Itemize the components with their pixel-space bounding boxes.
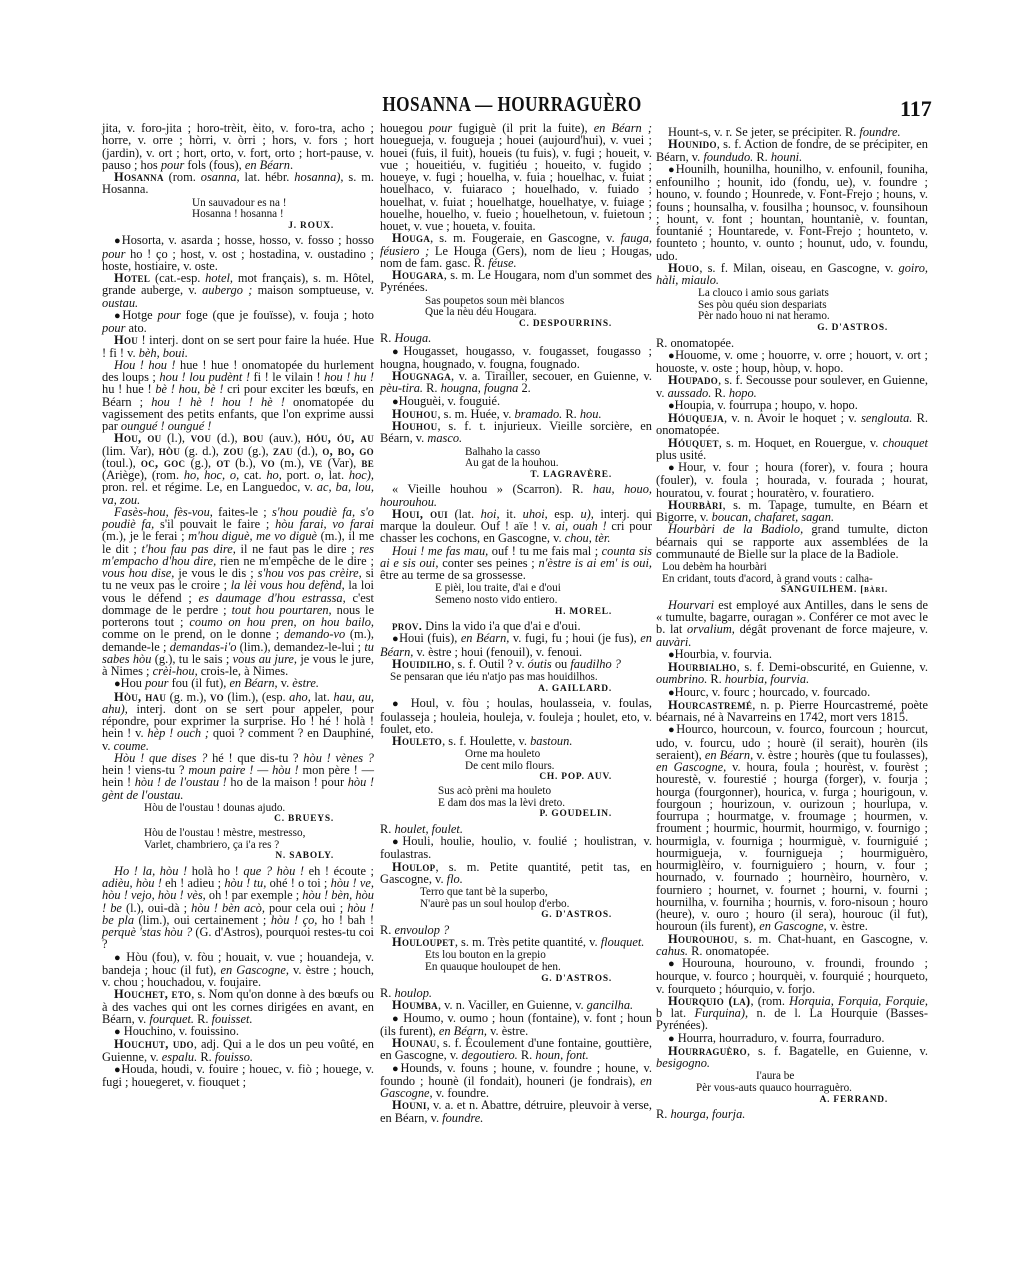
entry-text: Hotge <box>122 308 157 322</box>
italic-text: perquè 'stas hòu ? <box>102 925 192 939</box>
dictionary-entry: Hòu ! que dises ? hé ! que dis-tu ? hòu … <box>102 752 374 801</box>
dictionary-entry: ● Hourra, hourraduro, v. fourra, fourrad… <box>656 1032 928 1045</box>
quotation-author: G. D'ASTROS. <box>380 974 652 986</box>
dictionary-entry: Houchet, eto, s. Nom qu'on donne à des b… <box>102 988 374 1025</box>
entry-text: Hourbia, v. fourvia. <box>675 647 772 661</box>
running-title: HOSANNA — HOURRAGUÈRO <box>92 92 932 117</box>
bullet-icon: ● <box>392 698 403 710</box>
verse-quotation: Orne ma houletoDe cent milo flours.CH. P… <box>380 749 652 784</box>
dictionary-entry: ● Houl, v. fòu ; houlas, houlasseia, v. … <box>380 697 652 735</box>
verse-line: Pèr nado houo ni nat heramo. <box>656 311 928 323</box>
entry-text: Hourc, v. fourc ; hourcado, v. fourcado. <box>675 685 871 699</box>
bullet-icon: ● <box>392 633 399 645</box>
dictionary-entry: Hóuqueja, v. n. Avoir le hoquet ; v. sen… <box>656 412 928 437</box>
italic-text: chouquet <box>883 436 928 450</box>
entry-text: Hounds, v. founs ; houne, v. foundre ; h… <box>380 1061 652 1088</box>
entry-text: , s. f. Milan, oiseau, en Gascogne, v. <box>699 261 898 275</box>
italic-text: masco. <box>427 431 462 445</box>
dictionary-entry: Hou ! interj. dont on se sert pour faire… <box>102 334 374 359</box>
headword: Houidilho <box>392 657 451 671</box>
dictionary-entry: « Vieille houhou » (Scarron). R. hau, ho… <box>380 483 652 508</box>
dictionary-entry: ●Houguèi, v. fouguié. <box>380 395 652 408</box>
entry-text: Houpia, v. fourrupa ; houpo, v. hopo. <box>675 398 858 412</box>
dictionary-entry: Hourbàri de la Badiolo, grand tumulte, d… <box>656 523 928 560</box>
entry-text: fou (il fut), <box>169 676 230 690</box>
quotation-author: G. D'ASTROS. <box>656 323 928 335</box>
dictionary-page: HOSANNA — HOURRAGUÈRO 117 jita, v. foro-… <box>0 0 1024 1280</box>
italic-text: hosanna), <box>294 170 343 184</box>
italic-text: flouquet. <box>601 935 645 949</box>
verse-quotation: E pièi, lou traite, d'ai e d'ouiSemeno n… <box>380 583 652 618</box>
entry-text: Houchino, v. fouissino. <box>121 1024 239 1038</box>
dictionary-entry: R. hourga, fourja. <box>656 1108 928 1120</box>
bullet-icon: ● <box>114 678 121 690</box>
dictionary-entry: Hóuquet, s. m. Hoquet, en Rouergue, v. c… <box>656 437 928 462</box>
dictionary-entry: ●Houi (fuis), en Béarn, v. fugi, fu ; ho… <box>380 632 652 658</box>
italic-text: orvalium, <box>687 622 735 636</box>
dictionary-entry: Houlop, s. m. Petite quantité, petit tas… <box>380 861 652 886</box>
italic-text: en Béarn, <box>461 631 510 645</box>
dictionary-entry: Hourraguèro, s. f. Bagatelle, en Guienne… <box>656 1045 928 1070</box>
entry-text: Hou <box>121 676 145 690</box>
entry-text: Hourra, hourraduro, v. fourra, fourradur… <box>675 1031 885 1045</box>
entry-text: v. fugi, fu ; houi (je fus), <box>509 631 640 645</box>
entry-text: Hougasset, hougasso, v. fougasset, fouga… <box>380 344 652 371</box>
column-middle: houegou pour fugiguè (il prit la fuite),… <box>380 122 652 1124</box>
dictionary-entry: Ho ! la, hòu ! holà ho ! que ? hòu ! eh … <box>102 865 374 951</box>
bullet-icon: ● <box>392 1063 401 1075</box>
verse-quotation: La clouco i amio sous gariatsSes pòu qué… <box>656 288 928 334</box>
entry-text: , s. m. Hoquet, en Rouergue, v. <box>719 436 883 450</box>
dictionary-entry: ●Hourouna, hourouno, v. froundi, froundo… <box>656 957 928 995</box>
bullet-icon: ● <box>392 346 403 358</box>
dictionary-entry: ●Houli, houlie, houlio, v. foulié ; houl… <box>380 835 652 861</box>
dictionary-entry: houegou pour fugiguè (il prit la fuite),… <box>380 122 652 232</box>
entry-text: lat. hébr. <box>240 170 295 184</box>
entry-text: Hour, v. four ; houra (forer), v. foura … <box>656 460 928 500</box>
dictionary-entry: Hounau, s. f. Écoulement d'une fontaine,… <box>380 1037 652 1062</box>
dictionary-entry: Houidilho, s. f. Outil ? v. óutis ou fau… <box>380 658 652 670</box>
entry-text: 2. <box>518 381 530 395</box>
verse-quotation: Balhaho la cassoAu gat de la houhou.T. L… <box>380 447 652 482</box>
entry-text: , v. n. Avoir le hoquet ; v. <box>724 411 861 425</box>
verse-line: Pèr vous-auts quauco hourraguèro. <box>656 1083 928 1095</box>
dictionary-entry: ●Hour, v. four ; houra (forer), v. foura… <box>656 461 928 499</box>
bullet-icon: ● <box>392 836 402 848</box>
dictionary-entry: Houpado, s. f. Secousse pour soulever, e… <box>656 374 928 399</box>
italic-text: hèp ! ouch ; <box>147 726 209 740</box>
italic-text: besigogno. <box>656 1056 710 1070</box>
entry-text: Hourouna, hourouno, v. froundi, froundo … <box>656 956 928 996</box>
italic-text: aubergo ; <box>202 283 252 297</box>
verse-quotation: Un sauvadour es na !Hosanna ! hosanna !J… <box>102 198 374 233</box>
dictionary-entry: Hourvari est employé aux Antilles, dans … <box>656 599 928 648</box>
verse-line: Se pensaran que iéu n'atjo pas mas houid… <box>380 672 652 684</box>
dictionary-entry: Houhou, s. f. t. injurieux. Vieille sorc… <box>380 420 652 445</box>
verse-line: Que la nèu déu Hougara. <box>380 307 652 319</box>
verse-line: Hòu de l'oustau ! dounas ajudo. <box>102 803 374 815</box>
dictionary-entry: jita, v. foro-jita ; horo-trèit, èito, v… <box>102 122 374 171</box>
dictionary-entry: ●Hourco, hourcoun, v. fourco, fourcoun ;… <box>656 723 928 932</box>
dictionary-entry: ● Hòu (fou), v. fòu ; houait, v. vue ; h… <box>102 951 374 989</box>
entry-text: houegueja, v. fougueja ; houei (aujourd'… <box>380 133 652 233</box>
quotation-author: P. GOUDELIN. <box>380 809 652 821</box>
italic-text: osanna, <box>201 170 240 184</box>
italic-text: pour <box>145 676 168 690</box>
verse-line: De cent milo flours. <box>380 761 652 773</box>
dictionary-entry: ●Houome, v. ome ; houorre, v. orre ; hou… <box>656 349 928 375</box>
bullet-icon: ● <box>114 1026 121 1038</box>
verse-line: Sus acò prèni ma houleto <box>380 786 652 798</box>
entry-text: Hounilh, hounilha, hounilho, v. enfounil… <box>656 162 928 263</box>
bullet-icon: ● <box>668 649 675 661</box>
dictionary-entry: Hourouhou, s. m. Chat-huant, en Gascogne… <box>656 933 928 958</box>
dictionary-entry: Hourbialho, s. f. Demi-obscurité, en Gui… <box>656 661 928 686</box>
italic-text: faudilho ? <box>570 657 621 671</box>
entry-text: , s. f. Bagatelle, en Guienne, v. <box>747 1044 928 1058</box>
dictionary-entry: Hotel (cat.-esp. hotel, mot français), s… <box>102 272 374 309</box>
dictionary-entry: Hougara, s. m. Le Hougara, nom d'un somm… <box>380 269 652 294</box>
dictionary-entry: ● Houchino, v. fouissino. <box>102 1025 374 1038</box>
entry-text: v. houra, foula ; hourèst, v. fourèst ; … <box>656 760 928 933</box>
dictionary-entry: ●Hougasset, hougasso, v. fougasset, foug… <box>380 345 652 371</box>
italic-text: senglouta. <box>861 411 912 425</box>
entry-text: dégât provenant de force majeure, v. <box>735 622 928 636</box>
dictionary-entry: Hounido, s. f. Action de fondre, de se p… <box>656 138 928 163</box>
verse-quotation: Hòu de l'oustau ! dounas ajudo.C. BRUEYS… <box>102 803 374 826</box>
page-number: 117 <box>900 96 932 122</box>
dictionary-entry: Hou ! hou ! hue ! hue ! onomatopée du hu… <box>102 359 374 433</box>
verse-quotation: Sus acò prèni ma houletoE dam dos mas la… <box>380 786 652 821</box>
italic-text: en Béarn, <box>229 676 277 690</box>
bullet-icon: ● <box>668 1033 675 1045</box>
dictionary-entry: Houni, v. a. et n. Abattre, détruire, pl… <box>380 1099 652 1124</box>
entry-text: v. <box>278 676 293 690</box>
verse-line: Lou debèm ha hourbàri <box>656 562 928 574</box>
italic-text: bastoun. <box>530 734 572 748</box>
verse-quotation: Hòu de l'oustau ! mèstre, mestresso,Varl… <box>102 828 374 863</box>
entry-text: Houda, houdi, v. fouire ; houec, v. fiò … <box>102 1062 374 1089</box>
headword: Houleto <box>392 734 442 748</box>
column-left: jita, v. foro-jita ; horo-trèit, èito, v… <box>102 122 374 1088</box>
verse-line: Hosanna ! hosanna ! <box>102 209 374 221</box>
quotation-author: T. LAGRAVÈRE. <box>380 470 652 482</box>
entry-text: , s. f. Houlette, v. <box>442 734 530 748</box>
italic-text: n'èstre is ai em' is oui, <box>539 556 653 570</box>
column-right: Hount-s, v. r. Se jeter, se précipiter. … <box>656 126 928 1120</box>
verse-quotation: Ets lou bouton en la grepioEn quauque ho… <box>380 950 652 985</box>
entry-text: Houome, v. ome ; houorre, v. orre ; houo… <box>656 348 928 375</box>
verse-line: En cridant, touts d'acord, à grand vouts… <box>656 574 928 586</box>
entry-text: , s. m. Très petite quantité, v. <box>455 935 601 949</box>
dictionary-entry: Hou, ou (l.), vou (d.), bou (auv.), hóu,… <box>102 432 374 506</box>
verse-line: En quauque houloupet de hen. <box>380 962 652 974</box>
dictionary-entry: Hourcastremé, n. p. Pierre Hourcastremé,… <box>656 699 928 724</box>
dictionary-entry: ●Hourbia, v. fourvia. <box>656 648 928 661</box>
entry-text: maison somptueuse, v. <box>252 283 374 297</box>
verse-quotation: I'aura bePèr vous-auts quauco hourraguèr… <box>656 1071 928 1106</box>
dictionary-entry: ●Hosorta, v. asarda ; hosse, hosso, v. f… <box>102 234 374 272</box>
dictionary-entry: ●Hounilh, hounilha, hounilho, v. enfouni… <box>656 163 928 262</box>
dictionary-entry: Houo, s. f. Milan, oiseau, en Gascogne, … <box>656 262 928 287</box>
verse-line: Hòu de l'oustau ! mèstre, mestresso, <box>102 828 374 840</box>
dictionary-entry: Houga, s. m. Fougeraie, en Gascogne, v. … <box>380 232 652 269</box>
quotation-author: SANGUILHEM. [bàri. <box>656 585 928 597</box>
verse-line: Au gat de la houhou. <box>380 458 652 470</box>
dictionary-entry: ●Hotge pour foge (que je fouïsse), v. fo… <box>102 309 374 335</box>
italic-text: óutis <box>528 657 552 671</box>
dictionary-entry: Houloupet, s. m. Très petite quantité, v… <box>380 936 652 948</box>
italic-text: pour <box>157 308 180 322</box>
entry-text: R. <box>656 1107 670 1121</box>
entry-text: être au terme de sa grossesse. <box>380 568 526 582</box>
dictionary-entry: ●Hou pour fou (il fut), en Béarn, v. èst… <box>102 677 374 690</box>
dictionary-entry: ●Hounds, v. founs ; houne, v. foundre ; … <box>380 1062 652 1100</box>
headword: Houloupet <box>392 935 455 949</box>
dictionary-entry: Houchut, udo, adj. Qui a le dos un peu v… <box>102 1038 374 1063</box>
dictionary-entry: ●Houda, houdi, v. fouire ; houec, v. fiò… <box>102 1063 374 1089</box>
verse-line: N'aurè pas un soul houlop d'erbo. <box>380 899 652 911</box>
quotation-author: CH. POP. AUV. <box>380 772 652 784</box>
quotation-author: A. FERRAND. <box>656 1095 928 1107</box>
verse-line: E dam dos mas la lèvi dreto. <box>380 798 652 810</box>
verse-line: Terro que tant bè la superbo, <box>380 887 652 899</box>
entry-text: Houli, houlie, houlio, v. foulié ; houli… <box>380 834 652 861</box>
dictionary-entry: Houleto, s. f. Houlette, v. bastoun. <box>380 735 652 747</box>
dictionary-entry: Hougnaga, v. a. Tirailler, secouer, en G… <box>380 370 652 395</box>
bullet-icon: ● <box>668 164 676 176</box>
dictionary-entry: ● Houmo, v. oumo ; houn (fontaine), v. f… <box>380 1012 652 1038</box>
entry-text: R. <box>380 331 394 345</box>
entry-text: Houl, v. fòu ; houlas, houlasseia, v. fo… <box>380 696 652 736</box>
italic-text: hourga, fourja. <box>670 1107 745 1121</box>
dictionary-entry: Hourquio (la), (rom. Horquia, Forquia, F… <box>656 995 928 1032</box>
bullet-icon: ● <box>668 687 675 699</box>
entry-text: Hosorta, v. asarda ; hosse, hosso, v. fo… <box>122 233 374 247</box>
dictionary-entry: ●Houpia, v. fourrupa ; houpo, v. hopo. <box>656 399 928 412</box>
quotation-author: C. DESPOURRINS. <box>380 319 652 331</box>
entry-text: Houi (fuis), <box>399 631 461 645</box>
italic-text: flo. <box>447 872 463 886</box>
dictionary-entry: Hourbàri, s. m. Tapage, tumulte, en Béar… <box>656 499 928 524</box>
quotation-author: G. D'ASTROS. <box>380 910 652 922</box>
bullet-icon: ● <box>392 396 399 408</box>
dictionary-entry: Houi ! me fas mau, ouf ! tu me fais mal … <box>380 545 652 582</box>
italic-text: èstre. <box>292 676 319 690</box>
italic-text: foundre. <box>442 1111 483 1125</box>
entry-text: foge (que je fouïsse), v. fouja ; hoto <box>181 308 374 322</box>
verse-quotation: Terro que tant bè la superbo,N'aurè pas … <box>380 887 652 922</box>
entry-text: R. <box>380 822 394 836</box>
bullet-icon: ● <box>668 958 682 970</box>
bullet-icon: ● <box>114 235 122 247</box>
entry-text: ou <box>552 657 571 671</box>
dictionary-entry: Hosanna (rom. osanna, lat. hébr. hosanna… <box>102 171 374 196</box>
quotation-author: H. MOREL. <box>380 607 652 619</box>
verse-quotation: Lou debèm ha hourbàriEn cridant, touts d… <box>656 562 928 597</box>
quotation-author: A. GAILLARD. <box>380 684 652 696</box>
quotation-author: C. BRUEYS. <box>102 814 374 826</box>
verse-quotation: Sas poupetos soun mèi blancosQue la nèu … <box>380 296 652 331</box>
bullet-icon: ● <box>114 952 122 964</box>
quotation-author: N. SABOLY. <box>102 851 374 863</box>
quotation-author: J. ROUX. <box>102 221 374 233</box>
verse-line: Semeno nosto vido entiero. <box>380 595 652 607</box>
dictionary-entry: Hòu, hau (g. m.), vo (lim.), (esp. aho, … <box>102 691 374 752</box>
entry-text: ho ! ço ; host, v. ost ; hostadina, v. o… <box>102 247 374 273</box>
bullet-icon: ● <box>668 462 678 474</box>
entry-text: Houguèi, v. fouguié. <box>399 394 500 408</box>
verse-line: Varlet, chambriero, ça i'a res ? <box>102 840 374 852</box>
dictionary-entry: Fasès-hou, fès-vou, faites-le ; s'hou po… <box>102 506 374 678</box>
dictionary-entry: ●Hourc, v. fourc ; hourcado, v. fourcado… <box>656 686 928 699</box>
bullet-icon: ● <box>668 400 675 412</box>
entry-text: , s. f. Outil ? v. <box>451 657 527 671</box>
entry-text: ho de la maison ! pour <box>227 775 348 789</box>
dictionary-entry: Houi, oui (lat. hoi, it. uhoi, esp. u), … <box>380 508 652 545</box>
verse-quotation: Se pensaran que iéu n'atjo pas mas houid… <box>380 672 652 695</box>
entry-text: (rom. <box>164 170 201 184</box>
